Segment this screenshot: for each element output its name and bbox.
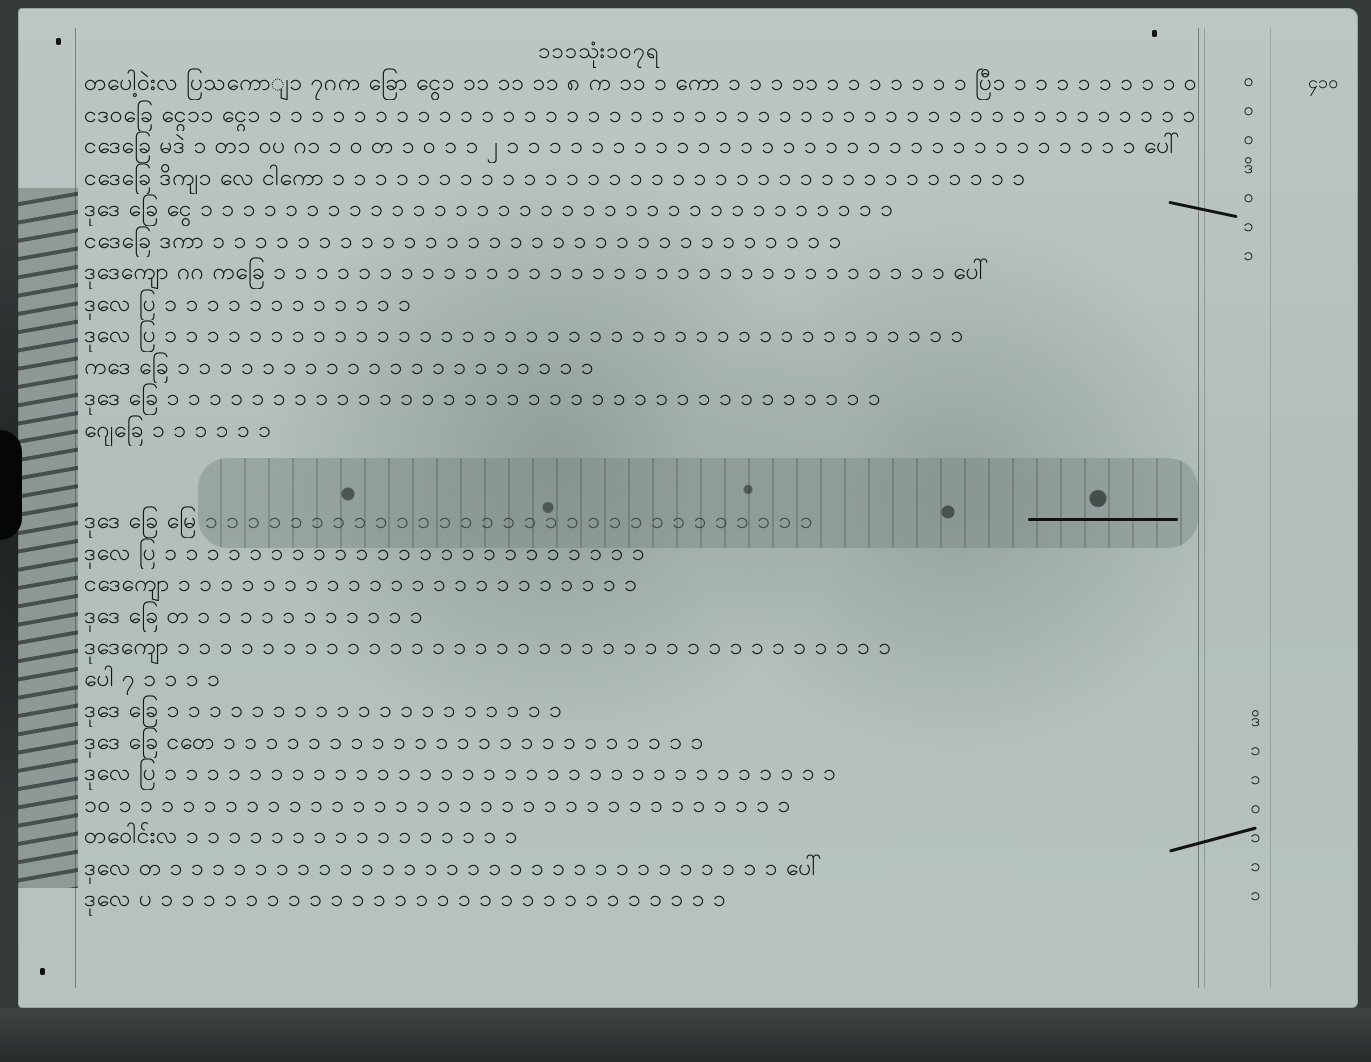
ink-speck [56, 38, 61, 45]
text-line: ငဒေခြေ ဒကာ ၁ ၁ ၁ ၁ ၁ ၁ ၁ ၁ ၁ ၁ ၁ ၁ ၁ ၁ ၁… [84, 226, 1204, 258]
text-line: ငဒ၀ခြေ ငွေ၁၁ ငွေ၁ ၁ ၁ ၁ ၁ ၁ ၁ ၁ ၁ ၁ ၁ ၁ … [84, 100, 1204, 132]
scan-bottom-edge [0, 1008, 1371, 1062]
text-line: ဒုဒေ ခြေ တ ၁ ၁ ၁ ၁ ၁ ၁ ၁ ၁ ၁ ၁ ၁ [84, 601, 1204, 633]
far-right-margin-rule [1270, 28, 1271, 988]
ink-speck [40, 968, 45, 975]
text-line: ဒုလေ ပြ ၁ ၁ ၁ ၁ ၁ ၁ ၁ ၁ ၁ ၁ ၁ ၁ ၁ ၁ ၁ ၁ … [84, 320, 1204, 352]
text-line: ဒုလေ ပြ ၁ ၁ ၁ ၁ ၁ ၁ ၁ ၁ ၁ ၁ ၁ ၁ [84, 289, 1204, 321]
text-line: ဂျေခြေ ၁ ၁ ၁ ၁ ၁ ၁ [84, 415, 1204, 447]
text-line: ကဒေ ခြေ ၁ ၁ ၁ ၁ ၁ ၁ ၁ ၁ ၁ ၁ ၁ ၁ ၁ ၁ ၁ ၁ … [84, 352, 1204, 384]
right-margin-rule-inner [1204, 28, 1205, 988]
right-margin-annotations: ၀ဝ၀ဒိ၀၁၁ [1223, 68, 1263, 271]
left-edge-damage [18, 188, 78, 888]
manuscript-page: ၁၁၁သုံး၁၀၇ရ တပေါ့၀ဲးလ ပြသကောျ၁ ၇ဂက ခြော … [18, 8, 1358, 1008]
text-line: ဒုလေ တ ၁ ၁ ၁ ၁ ၁ ၁ ၁ ၁ ၁ ၁ ၁ ၁ ၁ ၁ ၁ ၁ ၁… [84, 853, 1204, 885]
torn-hole [0, 430, 22, 540]
text-line: ဒုလေ ပ ၁ ၁ ၁ ၁ ၁ ၁ ၁ ၁ ၁ ၁ ၁ ၁ ၁ ၁ ၁ ၁ ၁… [84, 884, 1204, 916]
text-line: ဒုဒေ ခြေ ငွေ ၁ ၁ ၁ ၁ ၁ ၁ ၁ ၁ ၁ ၁ ၁ ၁ ၁ ၁… [84, 194, 1204, 226]
water-damage-band [198, 458, 1198, 548]
text-line: ဒုဒေ ခြေ ၁ ၁ ၁ ၁ ၁ ၁ ၁ ၁ ၁ ၁ ၁ ၁ ၁ ၁ ၁ ၁… [84, 695, 1204, 727]
ink-speck [1152, 30, 1157, 37]
text-line: ပေါ ၇ ၁ ၁ ၁ ၁ [84, 664, 1204, 696]
text-line: ဒုလေ ပြ ၁ ၁ ၁ ၁ ၁ ၁ ၁ ၁ ၁ ၁ ၁ ၁ ၁ ၁ ၁ ၁ … [84, 758, 1204, 790]
text-line: တပေါ့၀ဲးလ ပြသကောျ၁ ၇ဂက ခြော ငွေ၁ ၁၁ ၁၁ ၁… [84, 68, 1204, 100]
text-line: ငဒေကျော ၁ ၁ ၁ ၁ ၁ ၁ ၁ ၁ ၁ ၁ ၁ ၁ ၁ ၁ ၁ ၁ … [84, 569, 1204, 601]
text-line: ငဒေခြေ ဒိကျ၁ လေ ငါကော ၁ ၁ ၁ ၁ ၁ ၁ ၁ ၁ ၁ … [84, 163, 1204, 195]
page-header-number: ၁၁၁သုံး၁၀၇ရ [538, 36, 660, 69]
text-line: ငဒေခြေ မဒဲ ၁ တ၁ ၀ပ ဂ၁ ၁ ၀ တ ၁ ၀ ၁ ၁ ၂ ၁ … [84, 131, 1204, 163]
corner-annotation: ၄၁၀ [1308, 70, 1338, 97]
right-margin-annotations-lower: ဒိ၁၁၀၁၁၁ [1230, 708, 1270, 911]
text-line: ဒုဒေကျော ဂဂ ကခြေ ၁ ၁ ၁ ၁ ၁ ၁ ၁ ၁ ၁ ၁ ၁ ၁… [84, 257, 1204, 289]
text-line: ၁၀ ၁ ၁ ၁ ၁ ၁ ၁ ၁ ၁ ၁ ၁ ၁ ၁ ၁ ၁ ၁ ၁ ၁ ၁ ၁… [84, 790, 1204, 822]
text-line: ဒုဒေ ခြေ ငဝော ၁ ၁ ၁ ၁ ၁ ၁ ၁ ၁ ၁ ၁ ၁ ၁ ၁ … [84, 727, 1204, 759]
text-line: ဒုဒေကျော ၁ ၁ ၁ ၁ ၁ ၁ ၁ ၁ ၁ ၁ ၁ ၁ ၁ ၁ ၁ ၁… [84, 632, 1204, 664]
text-line: ဒုဒေ ခြေ ၁ ၁ ၁ ၁ ၁ ၁ ၁ ၁ ၁ ၁ ၁ ၁ ၁ ၁ ၁ ၁… [84, 383, 1204, 415]
text-line: တဝေါင်းလ ၁ ၁ ၁ ၁ ၁ ၁ ၁ ၁ ၁ ၁ ၁ ၁ ၁ ၁ ၁ ၁ [84, 821, 1204, 853]
crack-mark [1028, 518, 1178, 521]
